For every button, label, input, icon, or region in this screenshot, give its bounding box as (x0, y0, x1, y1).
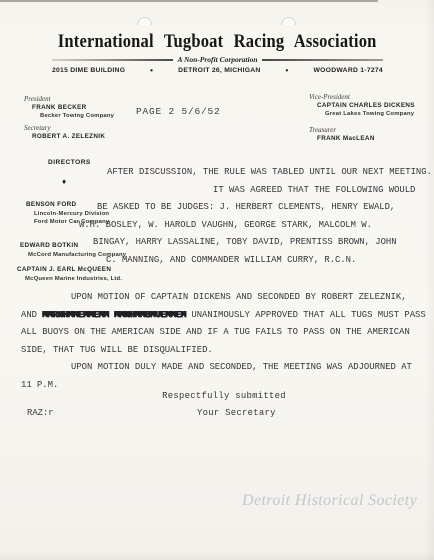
body-line: W.H. BOSLEY, W. HAROLD VAUGHN, GEORGE ST… (79, 217, 434, 235)
officer-title: Vice-President (309, 93, 415, 102)
closing-submitted-line: Respectfully submitted (14, 391, 434, 401)
letterhead-title-text: International Tugboat Racing Association (58, 31, 377, 53)
scanned-letter-page: International Tugboat Racing Association… (0, 0, 434, 560)
body-line: BE ASKED TO BE JUDGES: J. HERBERT CLEMEN… (97, 199, 434, 217)
letterhead-rule-band: A Non-Profit Corporation (52, 55, 383, 64)
letterhead-title: International Tugboat Racing Association (0, 31, 434, 53)
officer-title: President (24, 95, 114, 104)
struck-out-text: MMRNHMMEMMEMM (42, 310, 109, 320)
officer-name: FRANK MacLEAN (317, 135, 375, 144)
officer-title: Secretary (24, 124, 105, 133)
body-text-segment: UNANIMOUSLY APPROVED THAT ALL TUGS MUST … (186, 310, 426, 320)
officer-name: FRANK BECKER (32, 104, 114, 113)
rule-line-left (52, 59, 173, 61)
typist-initials: RAZ:r (27, 408, 54, 418)
letterhead-address: 2015 DIME BUILDING (52, 67, 125, 74)
bullet-separator-icon: • (150, 68, 153, 74)
officer-name: CAPTAIN CHARLES DICKENS (317, 102, 415, 111)
rule-line-right (262, 59, 383, 61)
officer-treasurer: Treasurer FRANK MacLEAN (309, 126, 375, 143)
body-line: BINGAY, HARRY LASSALINE, TOBY DAVID, PRE… (93, 234, 434, 252)
closing-signature-line: Your Secretary (197, 408, 276, 418)
body-line: C. MANNING, AND COMMANDER WILLIAM CURRY,… (106, 252, 434, 270)
body-line: UPON MOTION OF CAPTAIN DICKENS AND SECON… (71, 289, 434, 307)
struck-out-text: MMNHMMBMUEMMEM (114, 310, 186, 320)
officer-title: Treasurer (309, 126, 375, 135)
officer-president: President FRANK BECKER Becker Towing Com… (24, 95, 114, 120)
typed-minutes-body: AFTER DISCUSSION, THE RULE WAS TABLED UN… (0, 164, 434, 394)
body-text-segment: AND (21, 310, 42, 320)
page-number-date-stamp: PAGE 2 5/6/52 (136, 106, 221, 117)
body-line-with-strikeout: AND MMRNHMMEMMEMM MMNHMMBMUEMMEM UNANIMO… (21, 307, 434, 325)
body-line: SIDE, THAT TUG WILL BE DISQUALIFIED. (21, 342, 434, 360)
letterhead-subtitle: A Non-Profit Corporation (177, 55, 257, 64)
scan-edge-bottom (0, 552, 434, 560)
body-line: ALL BUOYS ON THE AMERICAN SIDE AND IF A … (21, 324, 434, 342)
body-line: IT WAS AGREED THAT THE FOLLOWING WOULD (213, 182, 434, 200)
body-line: AFTER DISCUSSION, THE RULE WAS TABLED UN… (107, 164, 434, 182)
body-line: UPON MOTION DULY MADE AND SECONDED, THE … (71, 359, 434, 377)
officer-company: Becker Towing Company (40, 112, 114, 120)
punch-hole-right (281, 17, 296, 25)
officer-company: Great Lakes Towing Company (325, 110, 415, 118)
letterhead-phone: WOODWARD 1-7274 (313, 67, 382, 74)
letterhead-city: DETROIT 26, MICHIGAN (178, 67, 260, 74)
letterhead-contact-row: 2015 DIME BUILDING • DETROIT 26, MICHIGA… (52, 67, 383, 74)
bullet-separator-icon: • (286, 68, 289, 74)
archive-watermark: Detroit Historical Society (242, 492, 417, 510)
punch-hole-left (137, 17, 152, 25)
officer-vice-president: Vice-President CAPTAIN CHARLES DICKENS G… (309, 93, 415, 118)
scan-edge-top (0, 0, 378, 2)
officer-secretary: Secretary ROBERT A. ZELEZNIK (24, 124, 105, 141)
officer-name: ROBERT A. ZELEZNIK (32, 133, 105, 142)
